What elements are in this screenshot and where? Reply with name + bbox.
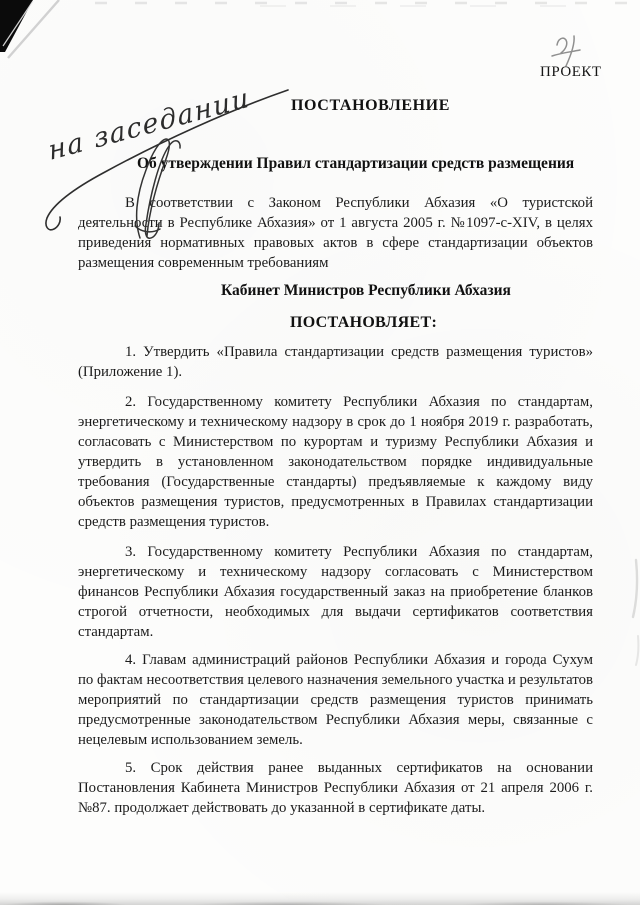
draft-stamp-label: ПРОЕКТ [540, 64, 602, 81]
decree-item: 4. Главам администраций районов Республи… [78, 650, 593, 750]
decree-item-5-block: 5. Срок действия ранее выданных сертифик… [78, 758, 593, 818]
folded-corner [0, 0, 59, 58]
scan-smudge-right-edge [633, 560, 638, 665]
decree-item: 1. Утвердить «Правила стандартизации сре… [78, 342, 593, 382]
decree-item-1-block: 1. Утвердить «Правила стандартизации сре… [78, 342, 593, 382]
intro-paragraph-block: В соответствии с Законом Республики Абха… [78, 193, 593, 273]
decree-item-2-block: 2. Государственному комитету Республики … [78, 392, 593, 532]
scan-edge-bottom [0, 892, 640, 905]
intro-paragraph: В соответствии с Законом Республики Абха… [78, 193, 593, 273]
document-title: ПОСТАНОВЛЕНИЕ [291, 97, 450, 115]
subject-line: Об утверждении Правил стандартизации сре… [137, 155, 577, 173]
scanned-document-page: ПРОЕКТ ПОСТАНОВЛЕНИЕ Об утверждении Прав… [0, 0, 640, 905]
decree-item: 2. Государственному комитету Республики … [78, 392, 593, 532]
scan-noise-top-edge [95, 3, 640, 6]
authority-heading: Кабинет Министров Республики Абхазия [221, 281, 511, 301]
decree-item-4-block: 4. Главам администраций районов Республи… [78, 650, 593, 750]
handwritten-page-number [552, 36, 580, 66]
resolution-keyword: ПОСТАНОВЛЯЕТ: [290, 313, 437, 333]
decree-item-3-block: 3. Государственному комитету Республики … [78, 542, 593, 642]
decree-item: 3. Государственному комитету Республики … [78, 542, 593, 642]
decree-item: 5. Срок действия ранее выданных сертифик… [78, 758, 593, 818]
